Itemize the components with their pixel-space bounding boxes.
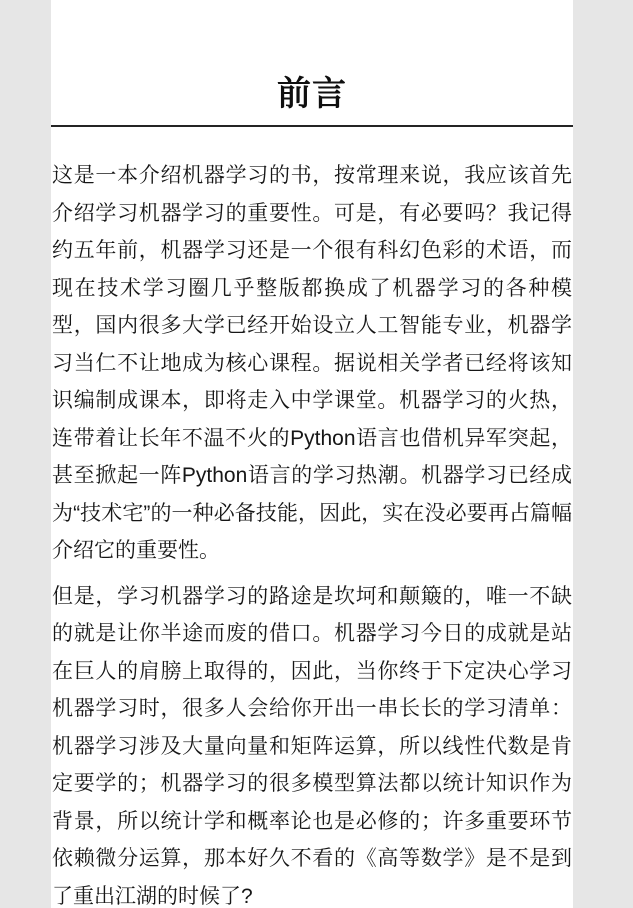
page-content: 这是一本介绍机器学习的书，按常理来说，我应该首先介绍学习机器学习的重要性。可是，…: [51, 157, 573, 908]
preface-paragraph: 但是，学习机器学习的路途是坎坷和颠簸的，唯一不缺的就是让你半途而废的借口。机器学…: [52, 578, 572, 908]
page-title: 前言: [51, 0, 573, 114]
book-page: 前言 这是一本介绍机器学习的书，按常理来说，我应该首先介绍学习机器学习的重要性。…: [51, 0, 573, 908]
preface-paragraph: 这是一本介绍机器学习的书，按常理来说，我应该首先介绍学习机器学习的重要性。可是，…: [52, 157, 572, 570]
reader-canvas: 前言 这是一本介绍机器学习的书，按常理来说，我应该首先介绍学习机器学习的重要性。…: [0, 0, 633, 908]
title-divider: [51, 125, 573, 127]
